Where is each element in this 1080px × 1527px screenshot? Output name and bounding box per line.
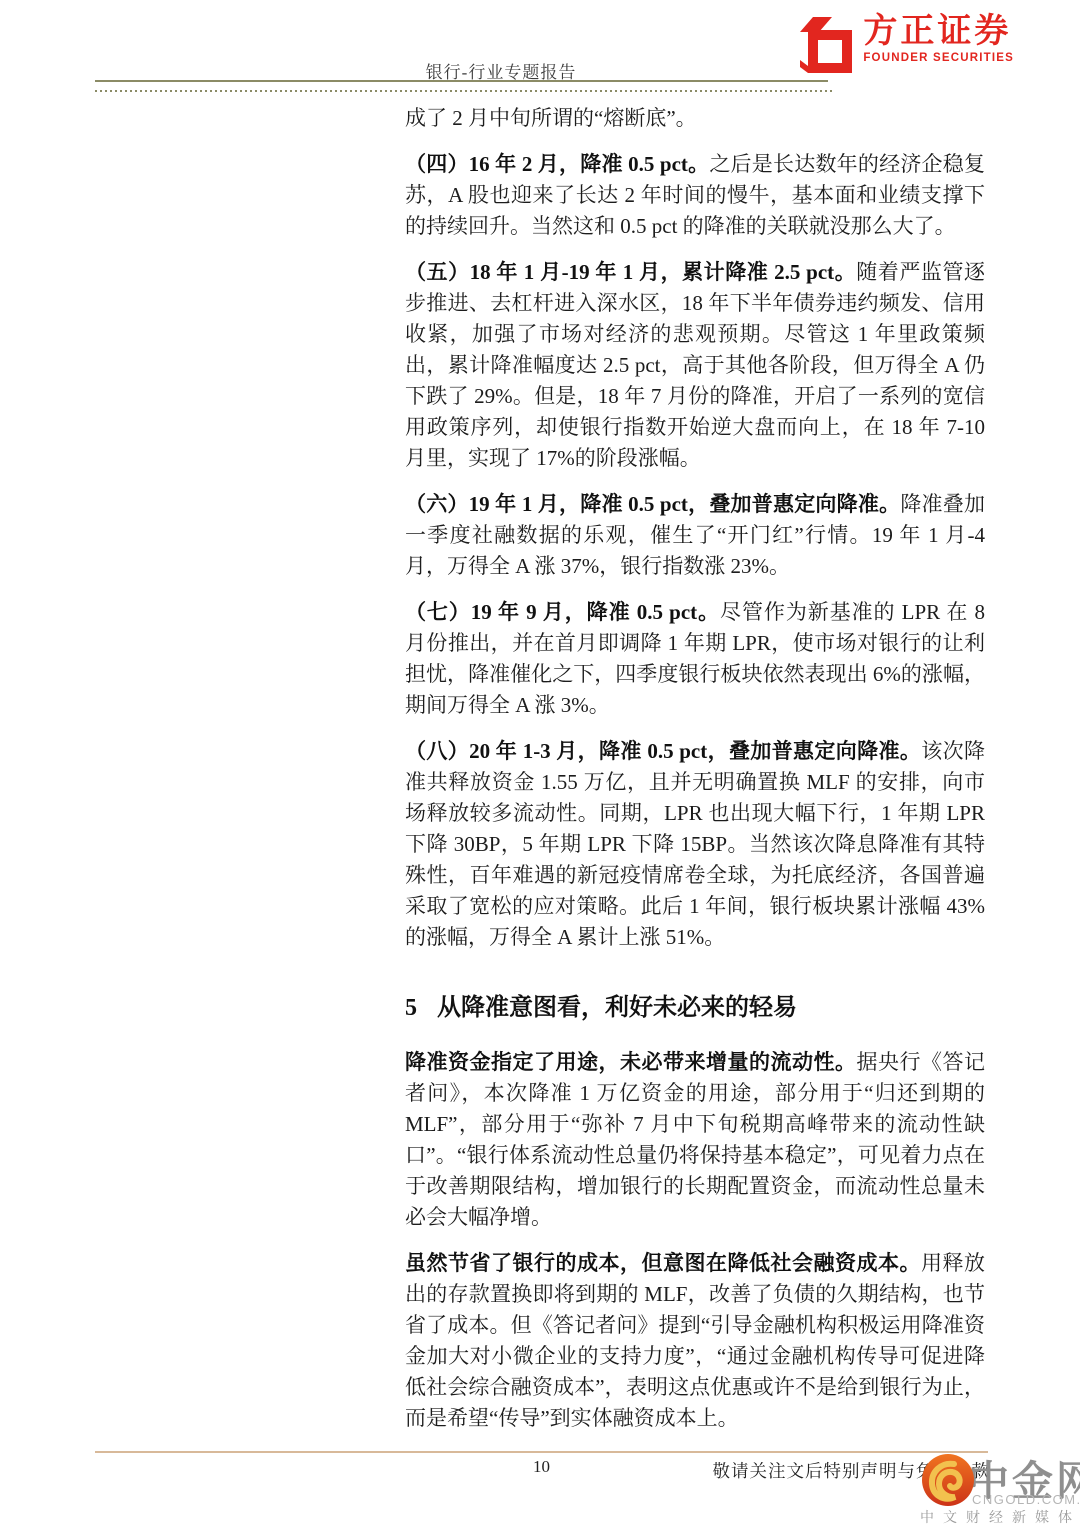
founder-securities-logo: 方正证券 FOUNDER SECURITIES [799,14,1014,81]
paragraph-7: （七）19 年 9 月，降准 0.5 pct。尽管作为新基准的 LPR 在 8 … [405,597,985,721]
brand-name-en: FOUNDER SECURITIES [863,53,1014,65]
paragraph-lead: （五）18 年 1 月-19 年 1 月，累计降准 2.5 pct。 [405,260,856,284]
paragraph-text: 据央行《答记者问》，本次降准 1 万亿资金的用途，部分用于“归还到期的 MLF”… [405,1050,985,1229]
report-page: 银行-行业专题报告 方正证券 FOUNDER SECURITIES 成了 2 月… [0,0,1080,1527]
paragraph-8: （八）20 年 1-3 月，降准 0.5 pct，叠加普惠定向降准。该次降准共释… [405,736,985,953]
footer-rule [95,1451,988,1453]
brand-name-cn: 方正证券 [863,14,1014,48]
section-number: 5 [405,993,417,1024]
paragraph-4: （四）16 年 2 月，降准 0.5 pct。之后是长达数年的经济企稳复苏，A … [405,149,985,242]
cngold-watermark-tagline: 中文财经新媒体 [920,1507,1080,1527]
paragraph-lead: （六）19 年 1 月，降准 0.5 pct，叠加普惠定向降准。 [405,492,900,516]
logo-text: 方正证券 FOUNDER SECURITIES [863,14,1014,65]
header-rule-dotted [95,90,835,92]
paragraph-text: 用释放出的存款置换即将到期的 MLF，改善了负债的久期结构，也节省了成本。但《答… [405,1251,985,1430]
cngold-watermark-domain: CNGOLD.COM.CN [972,1492,1080,1507]
paragraph-5: （五）18 年 1 月-19 年 1 月，累计降准 2.5 pct。随着严监管逐… [405,257,985,474]
cngold-logo-icon [920,1452,976,1508]
header-rule-solid [95,80,828,82]
paragraph-lead: （四）16 年 2 月，降准 0.5 pct。 [405,152,709,176]
section-heading: 5 从降准意图看，利好未必来的轻易 [405,993,985,1024]
paragraph-lead: 虽然节省了银行的成本，但意图在降低社会融资成本。 [405,1251,921,1275]
paragraph-lead: （八）20 年 1-3 月，降准 0.5 pct，叠加普惠定向降准。 [405,739,921,763]
founder-cube-icon [799,14,855,81]
paragraph-text: 成了 2 月中旬所谓的“熔断底”。 [405,106,697,130]
report-body: 成了 2 月中旬所谓的“熔断底”。 （四）16 年 2 月，降准 0.5 pct… [405,103,985,1449]
paragraph-6: （六）19 年 1 月，降准 0.5 pct，叠加普惠定向降准。降准叠加一季度社… [405,489,985,582]
paragraph-lead: 降准资金指定了用途，未必带来增量的流动性。 [405,1050,857,1074]
section-title: 从降准意图看，利好未必来的轻易 [437,993,797,1024]
paragraph-intro: 成了 2 月中旬所谓的“熔断底”。 [405,103,985,134]
section-paragraph-1: 降准资金指定了用途，未必带来增量的流动性。据央行《答记者问》，本次降准 1 万亿… [405,1047,985,1233]
section-paragraph-2: 虽然节省了银行的成本，但意图在降低社会融资成本。用释放出的存款置换即将到期的 M… [405,1248,985,1434]
paragraph-text: 该次降准共释放资金 1.55 万亿，且并无明确置换 MLF 的安排，向市场释放较… [405,739,985,949]
paragraph-lead: （七）19 年 9 月，降准 0.5 pct。 [405,600,720,624]
paragraph-text: 随着严监管逐步推进、去杠杆进入深水区，18 年下半年债券违约频发、信用收紧，加强… [405,260,985,470]
